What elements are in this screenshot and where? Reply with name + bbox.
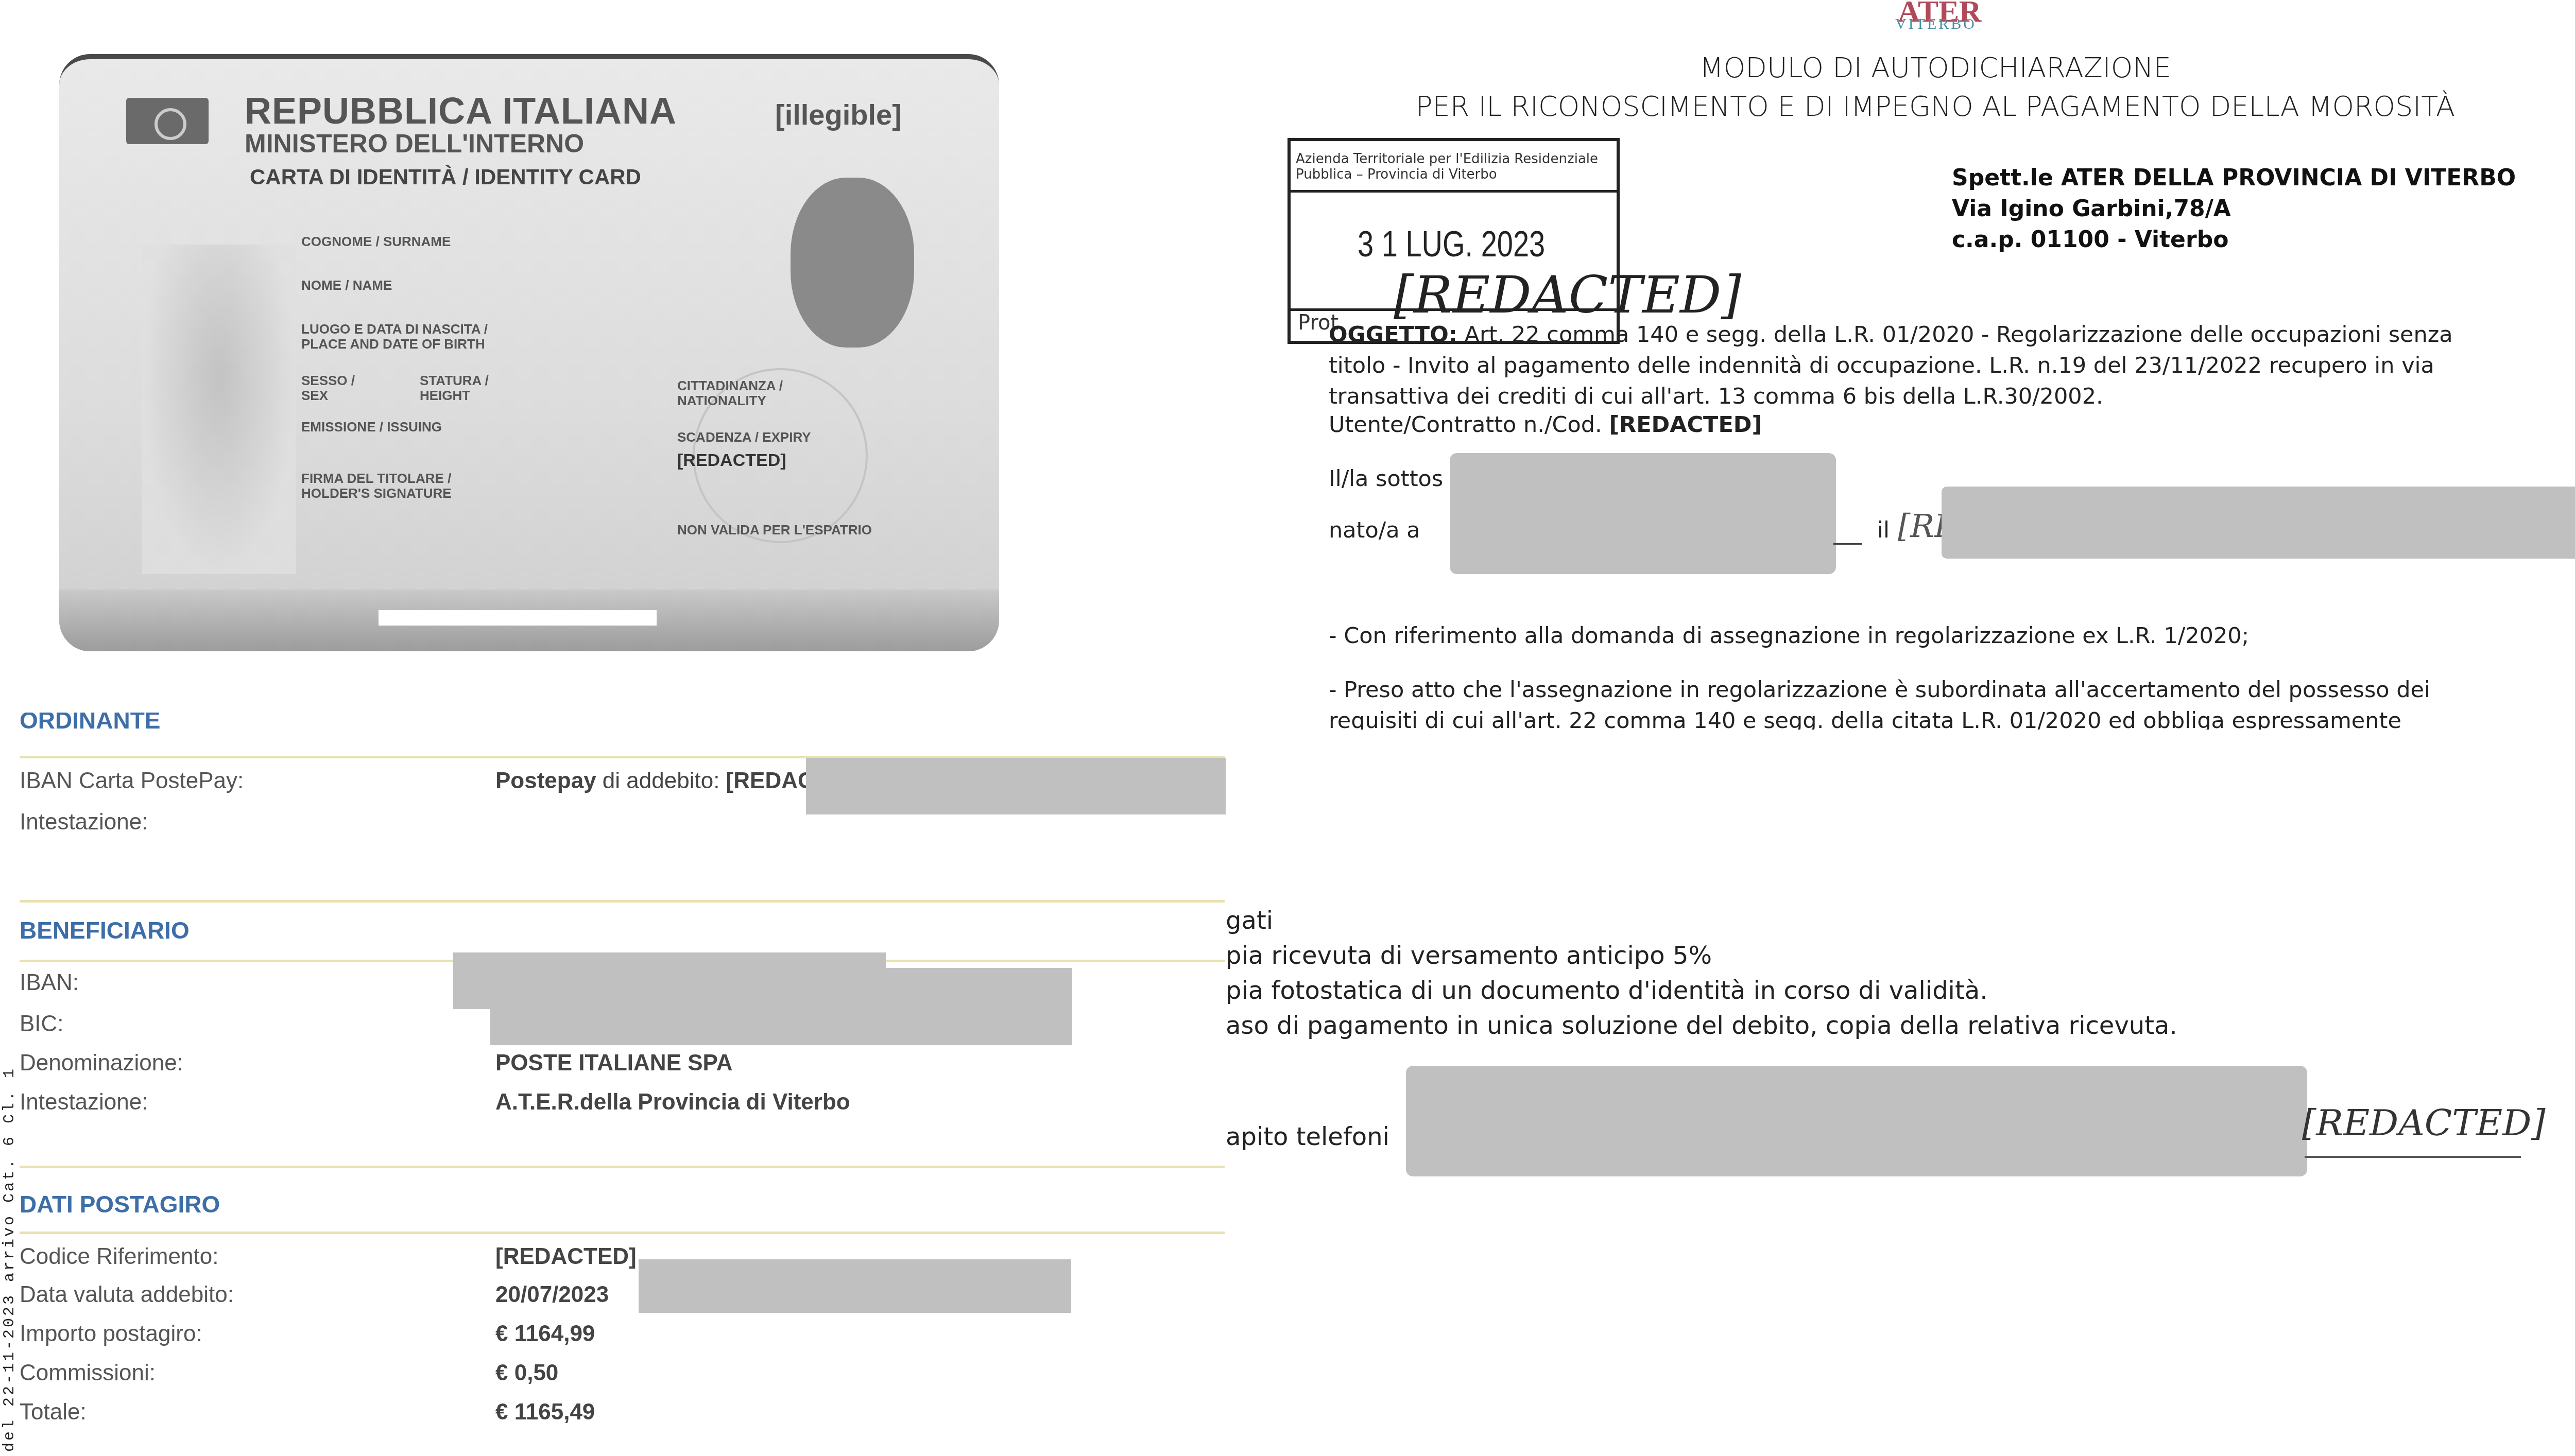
- paragraph-1: - Con riferimento alla domanda di assegn…: [1329, 623, 2249, 649]
- attachments-heading: gati: [1226, 906, 1273, 935]
- beneficiario-intestazione-label: Intestazione:: [20, 1089, 148, 1115]
- ordinante-iban-label: IBAN Carta PostePay:: [20, 768, 244, 794]
- id-label-surname: COGNOME / SURNAME: [301, 234, 451, 249]
- beneficiario-denominazione-value: POSTE ITALIANE SPA: [495, 1050, 732, 1076]
- paragraph-2: - Preso atto che l'assegnazione in regol…: [1329, 677, 2430, 703]
- id-label-birth: LUOGO E DATA DI NASCITA / PLACE AND DATE…: [301, 322, 507, 351]
- stamp-date: 3 1 LUG. 2023: [1358, 223, 1545, 265]
- stamp-protocol-number: [REDACTED]: [1394, 265, 1741, 325]
- oggetto-line-1: OGGETTO: Art. 22 comma 140 e segg. della…: [1329, 322, 2453, 348]
- id-label-sex: SESSO / SEX: [301, 373, 363, 403]
- oggetto-line-3: transattiva dei crediti di cui all'art. …: [1329, 384, 2103, 409]
- recipient-line-1: Spett.le ATER DELLA PROVINCIA DI VITERBO: [1952, 165, 2516, 191]
- beneficiario-iban-label: IBAN:: [20, 970, 79, 996]
- chip-icon: [126, 98, 209, 144]
- beneficiario-denominazione-label: Denominazione:: [20, 1050, 183, 1076]
- il-label: il: [1877, 517, 1890, 543]
- id-label-name: NOME / NAME: [301, 278, 392, 293]
- form-title: MODULO DI AUTODICHIARAZIONE: [1287, 51, 2575, 84]
- data-valuta-value: 20/07/2023: [495, 1282, 609, 1308]
- sottoscritto-label: Il/la sottos: [1329, 466, 1443, 492]
- id-photo: [142, 245, 296, 574]
- paragraph-3: requisiti di cui all'art. 22 comma 140 e…: [1329, 708, 2401, 730]
- importo-value: € 1164,99: [495, 1321, 595, 1347]
- divider: [20, 1232, 1225, 1234]
- codice-riferimento-label: Codice Riferimento:: [20, 1244, 218, 1270]
- codice-riferimento-value: [REDACTED]: [495, 1244, 637, 1270]
- attachment-item-3: aso di pagamento in unica soluzione del …: [1226, 1011, 2177, 1040]
- stamp-header: Azienda Territoriale per l'Edilizia Resi…: [1291, 141, 1617, 193]
- id-label-expiry: SCADENZA / EXPIRY: [677, 430, 811, 445]
- importo-label: Importo postagiro:: [20, 1321, 202, 1347]
- totale-value: € 1165,49: [495, 1399, 595, 1425]
- email-handwritten: [REDACTED]: [2302, 1102, 2546, 1144]
- redaction-box: [1406, 1066, 2307, 1176]
- attachment-item-1: pia ricevuta di versamento anticipo 5%: [1226, 941, 1712, 970]
- totale-label: Totale:: [20, 1399, 87, 1425]
- redaction-box: [1450, 453, 1836, 574]
- protocol-stamp: Azienda Territoriale per l'Edilizia Resi…: [1287, 138, 1620, 344]
- id-bottom-band: [59, 590, 999, 651]
- postagiro-receipt: ORDINANTE IBAN Carta PostePay: Postepay …: [0, 710, 1226, 1456]
- divider: [20, 900, 1225, 903]
- commissioni-value: € 0,50: [495, 1360, 558, 1386]
- redaction-box: [1942, 487, 2575, 559]
- id-brand: [illegible]: [775, 98, 902, 131]
- recapito-label: apito telefoni: [1226, 1122, 1389, 1151]
- id-expiry-value: [REDACTED]: [677, 450, 786, 471]
- section-ordinante: ORDINANTE: [20, 706, 160, 734]
- recipient-line-3: c.a.p. 01100 - Viterbo: [1952, 227, 2228, 253]
- id-label-signature: FIRMA DEL TITOLARE / HOLDER'S SIGNATURE: [301, 471, 482, 500]
- commissioni-label: Commissioni:: [20, 1360, 156, 1386]
- ordinante-intestazione-label: Intestazione:: [20, 809, 148, 835]
- beneficiario-bic-label: BIC:: [20, 1011, 64, 1037]
- oggetto-line-2: titolo - Invito al pagamento delle inden…: [1329, 353, 2434, 378]
- emblem-icon: [791, 178, 914, 348]
- id-ministry: MINISTERO DELL'INTERNO: [245, 129, 584, 159]
- beneficiario-intestazione-value: A.T.E.R.della Provincia di Viterbo: [495, 1089, 850, 1115]
- identity-card-scan: REPUBBLICA ITALIANA MINISTERO DELL'INTER…: [59, 54, 999, 651]
- nato-label: nato/a a: [1329, 517, 1420, 543]
- attachment-item-2: pia fotostatica di un documento d'identi…: [1226, 976, 1987, 1005]
- utente-contratto: Utente/Contratto n./Cod. [REDACTED]: [1329, 412, 1762, 438]
- id-label-issuing: EMISSIONE / ISSUING: [301, 420, 442, 435]
- redaction-box: [806, 758, 1226, 814]
- id-label-height: STATURA / HEIGHT: [420, 373, 492, 403]
- id-label-nationality: CITTADINANZA / NATIONALITY: [677, 378, 811, 408]
- section-beneficiario: BENEFICIARIO: [20, 916, 190, 944]
- section-dati-postagiro: DATI POSTAGIRO: [20, 1190, 220, 1218]
- form-subtitle: PER IL RICONOSCIMENTO E DI IMPEGNO AL PA…: [1287, 90, 2575, 123]
- data-valuta-label: Data valuta addebito:: [20, 1282, 234, 1308]
- redaction-box: [490, 968, 1072, 1045]
- id-country: REPUBBLICA ITALIANA: [245, 90, 677, 132]
- redaction-box: [639, 1259, 1071, 1313]
- form-attachments-fragment: gati pia ricevuta di versamento anticipo…: [1226, 906, 2575, 1267]
- recipient-line-2: Via Igino Garbini,78/A: [1952, 196, 2231, 222]
- ater-logo-subtitle: VITERBO: [1895, 15, 1977, 33]
- id-doc-type: CARTA DI IDENTITÀ / IDENTITY CARD: [250, 165, 641, 189]
- divider: [20, 1166, 1225, 1168]
- ater-declaration-form: ATER VITERBO MODULO DI AUTODICHIARAZIONE…: [1287, 0, 2575, 731]
- id-footer: NON VALIDA PER L'ESPATRIO: [677, 523, 872, 538]
